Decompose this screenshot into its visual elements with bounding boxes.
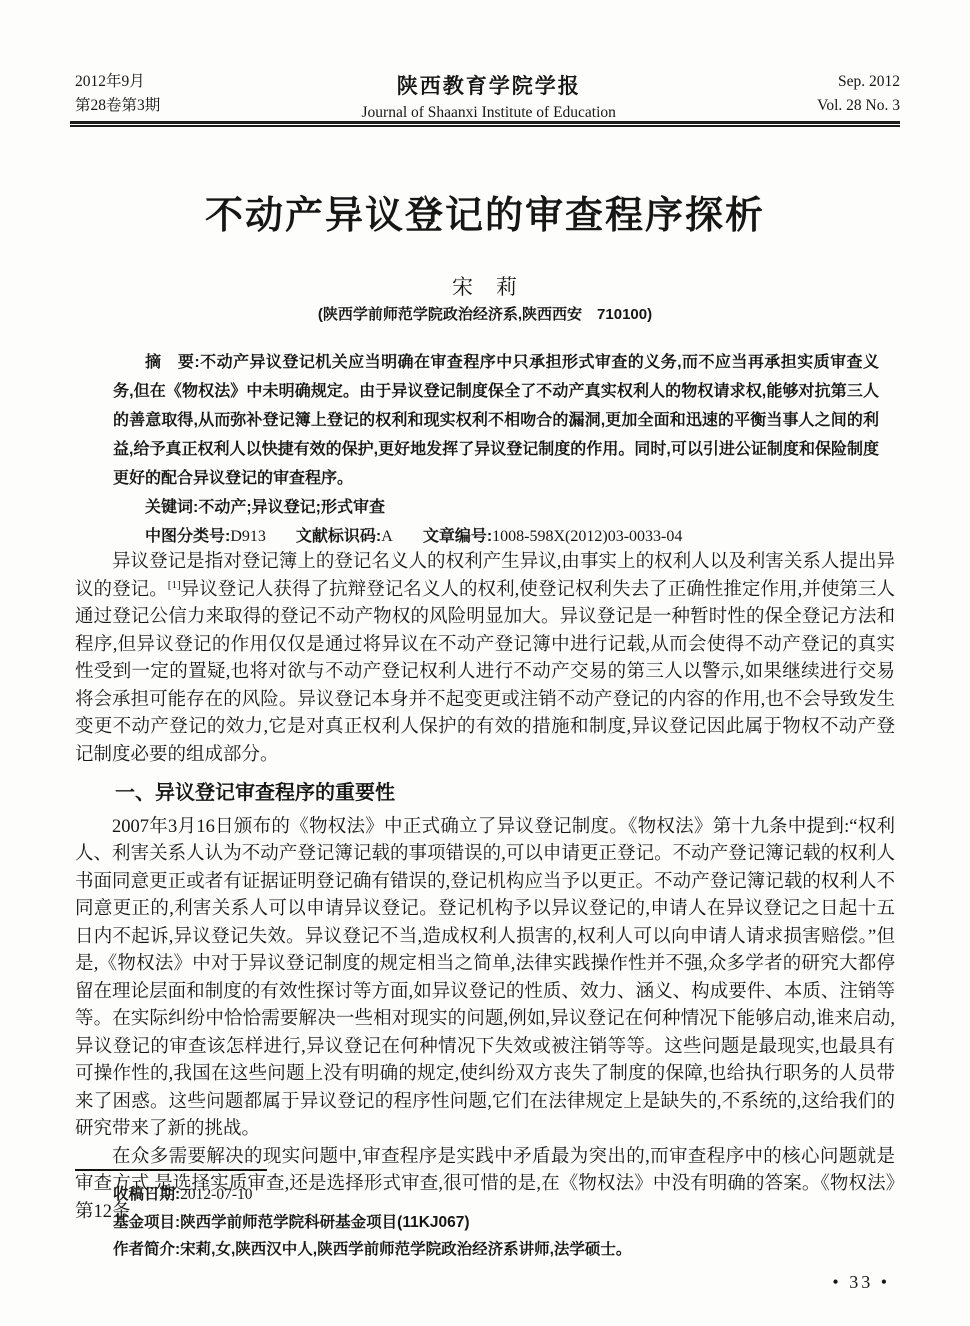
intro-paragraph: 异议登记是指对登记簿上的登记名义人的权利产生异议,由事实上的权利人以及利害关系人… — [75, 549, 895, 769]
journal-title-cn: 陕西教育学院学报 — [160, 70, 817, 100]
doc-code-value: A — [381, 528, 393, 545]
journal-title-en: Journal of Shaanxi Institute of Educatio… — [160, 104, 817, 122]
author-bio-value: 宋莉,女,陕西汉中人,陕西学前师范学院政治经济系讲师,法学硕士。 — [180, 1241, 631, 1258]
author-bio-label: 作者简介: — [113, 1241, 180, 1258]
section1-paragraph-1: 2007年3月16日颁布的《物权法》中正式确立了异议登记制度。《物权法》第十九条… — [75, 814, 895, 1144]
page-number: • 33 • — [832, 1272, 890, 1293]
abstract-label: 摘 要: — [145, 354, 200, 371]
header-issue-info-cn: 2012年9月 第28卷第3期 — [75, 70, 160, 118]
article-body: 异议登记是指对登记簿上的登记名义人的权利产生异议,由事实上的权利人以及利害关系人… — [75, 549, 895, 1226]
journal-masthead: 陕西教育学院学报 Journal of Shaanxi Institute of… — [160, 70, 817, 122]
footnote-received-date: 收稿日期:2012-07-10 — [75, 1181, 895, 1209]
keywords-line: 关键词:不动产;异议登记;形式审查 — [113, 493, 879, 522]
intro-text-after-ref: 异议登记人获得了抗辩登记名义人的权利,使登记权利失去了正确性推定作用,并使第三人… — [75, 580, 895, 765]
keywords-label: 关键词: — [145, 499, 198, 516]
footnotes-block: 收稿日期:2012-07-10 基金项目:陕西学前师范学院科研基金项目(11KJ… — [75, 1181, 895, 1264]
header-double-rule — [70, 121, 900, 127]
doc-code-label: 文献标识码: — [296, 528, 381, 545]
footnote-fund-project: 基金项目:陕西学前师范学院科研基金项目(11KJ067) — [75, 1209, 895, 1237]
abstract-text: 不动产异议登记机关应当明确在审查程序中只承担形式审查的义务,而不应当再承担实质审… — [113, 354, 879, 487]
keywords-text: 不动产;异议登记;形式审查 — [198, 499, 385, 516]
classification-line: 中图分类号:D913文献标识码:A文章编号:1008-598X(2012)03-… — [113, 522, 879, 551]
citation-ref: [1] — [168, 578, 181, 590]
fund-project-value: 陕西学前师范学院科研基金项目(11KJ067) — [180, 1214, 469, 1231]
footnote-author-bio: 作者简介:宋莉,女,陕西汉中人,陕西学前师范学院政治经济系讲师,法学硕士。 — [75, 1236, 895, 1264]
article-affiliation: (陕西学前师范学院政治经济系,陕西西安 710100) — [0, 303, 970, 324]
abstract-block: 摘 要:不动产异议登记机关应当明确在审查程序中只承担形式审查的义务,而不应当再承… — [113, 348, 879, 551]
clc-label: 中图分类号: — [145, 528, 230, 545]
clc-value: D913 — [230, 528, 266, 545]
header-date-en: Sep. 2012 — [817, 70, 900, 94]
journal-header: 2012年9月 第28卷第3期 陕西教育学院学报 Journal of Shaa… — [75, 70, 900, 122]
article-title: 不动产异议登记的审查程序探析 — [0, 184, 970, 239]
received-date-label: 收稿日期: — [113, 1186, 180, 1203]
footnote-separator — [75, 1169, 267, 1171]
article-id-label: 文章编号: — [423, 528, 492, 545]
header-volume-en: Vol. 28 No. 3 — [817, 94, 900, 118]
abstract-paragraph: 摘 要:不动产异议登记机关应当明确在审查程序中只承担形式审查的义务,而不应当再承… — [113, 348, 879, 493]
article-author: 宋 莉 — [0, 271, 970, 301]
header-issue-info-en: Sep. 2012 Vol. 28 No. 3 — [817, 70, 900, 118]
section-heading-1: 一、异议登记审查程序的重要性 — [75, 780, 895, 808]
header-volume-cn: 第28卷第3期 — [75, 94, 160, 118]
received-date-value: 2012-07-10 — [180, 1186, 252, 1203]
fund-project-label: 基金项目: — [113, 1214, 180, 1231]
article-id-value: 1008-598X(2012)03-0033-04 — [492, 528, 682, 545]
journal-page: 2012年9月 第28卷第3期 陕西教育学院学报 Journal of Shaa… — [0, 0, 970, 1326]
header-date-cn: 2012年9月 — [75, 70, 160, 94]
